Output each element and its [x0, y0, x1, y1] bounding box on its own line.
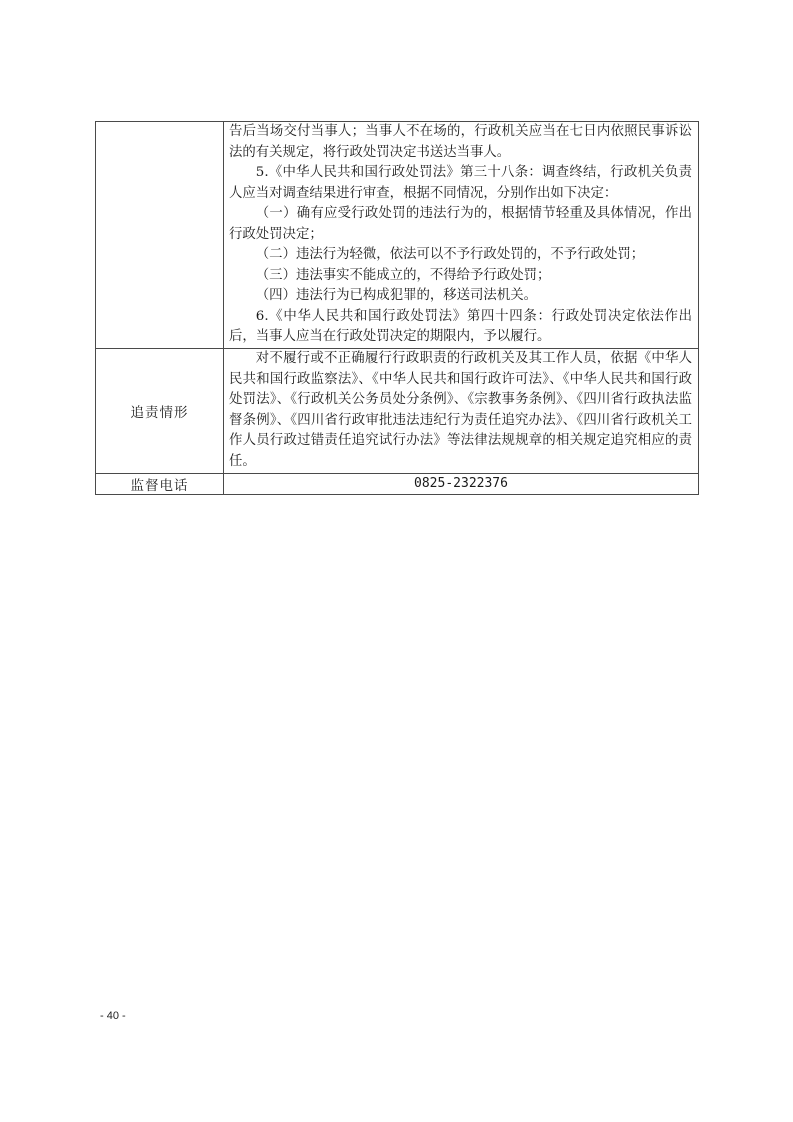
table-row-penalty-procedure: 告后当场交付当事人；当事人不在场的，行政机关应当在七日内依照民事诉讼法的有关规定… — [96, 122, 699, 349]
row-label-accountability: 追责情形 — [96, 348, 224, 473]
paragraph-item-1: （一）确有应受行政处罚的违法行为的，根据情节轻重及具体情况，作出行政处罚决定； — [229, 204, 692, 245]
document-table: 告后当场交付当事人；当事人不在场的，行政机关应当在七日内依照民事诉讼法的有关规定… — [95, 121, 699, 495]
paragraph-delivery: 告后当场交付当事人；当事人不在场的，行政机关应当在七日内依照民事诉讼法的有关规定… — [229, 122, 692, 163]
table-row-supervision-phone: 监督电话 0825-2322376 — [96, 473, 699, 494]
row-label-empty — [96, 122, 224, 349]
table-row-accountability: 追责情形 对不履行或不正确履行行政职责的行政机关及其工作人员，依据《中华人民共和… — [96, 348, 699, 473]
paragraph-item-2: （二）违法行为轻微，依法可以不予行政处罚的，不予行政处罚； — [229, 245, 692, 266]
paragraph-article-38: 5.《中华人民共和国行政处罚法》第三十八条：调查终结，行政机关负责人应当对调查结… — [229, 163, 692, 204]
paragraph-item-4: （四）违法行为已构成犯罪的，移送司法机关。 — [229, 286, 692, 307]
row-content-accountability: 对不履行或不正确履行行政职责的行政机关及其工作人员，依据《中华人民共和国行政监察… — [224, 348, 699, 473]
page-number: - 40 - — [100, 1010, 126, 1022]
paragraph-accountability: 对不履行或不正确履行行政职责的行政机关及其工作人员，依据《中华人民共和国行政监察… — [229, 349, 692, 472]
row-label-supervision-phone: 监督电话 — [96, 473, 224, 494]
paragraph-item-3: （三）违法事实不能成立的，不得给予行政处罚； — [229, 266, 692, 287]
row-content-penalty-procedure: 告后当场交付当事人；当事人不在场的，行政机关应当在七日内依照民事诉讼法的有关规定… — [224, 122, 699, 349]
paragraph-article-44: 6.《中华人民共和国行政处罚法》第四十四条：行政处罚决定依法作出后，当事人应当在… — [229, 307, 692, 348]
supervision-phone-number: 0825-2322376 — [224, 473, 699, 494]
